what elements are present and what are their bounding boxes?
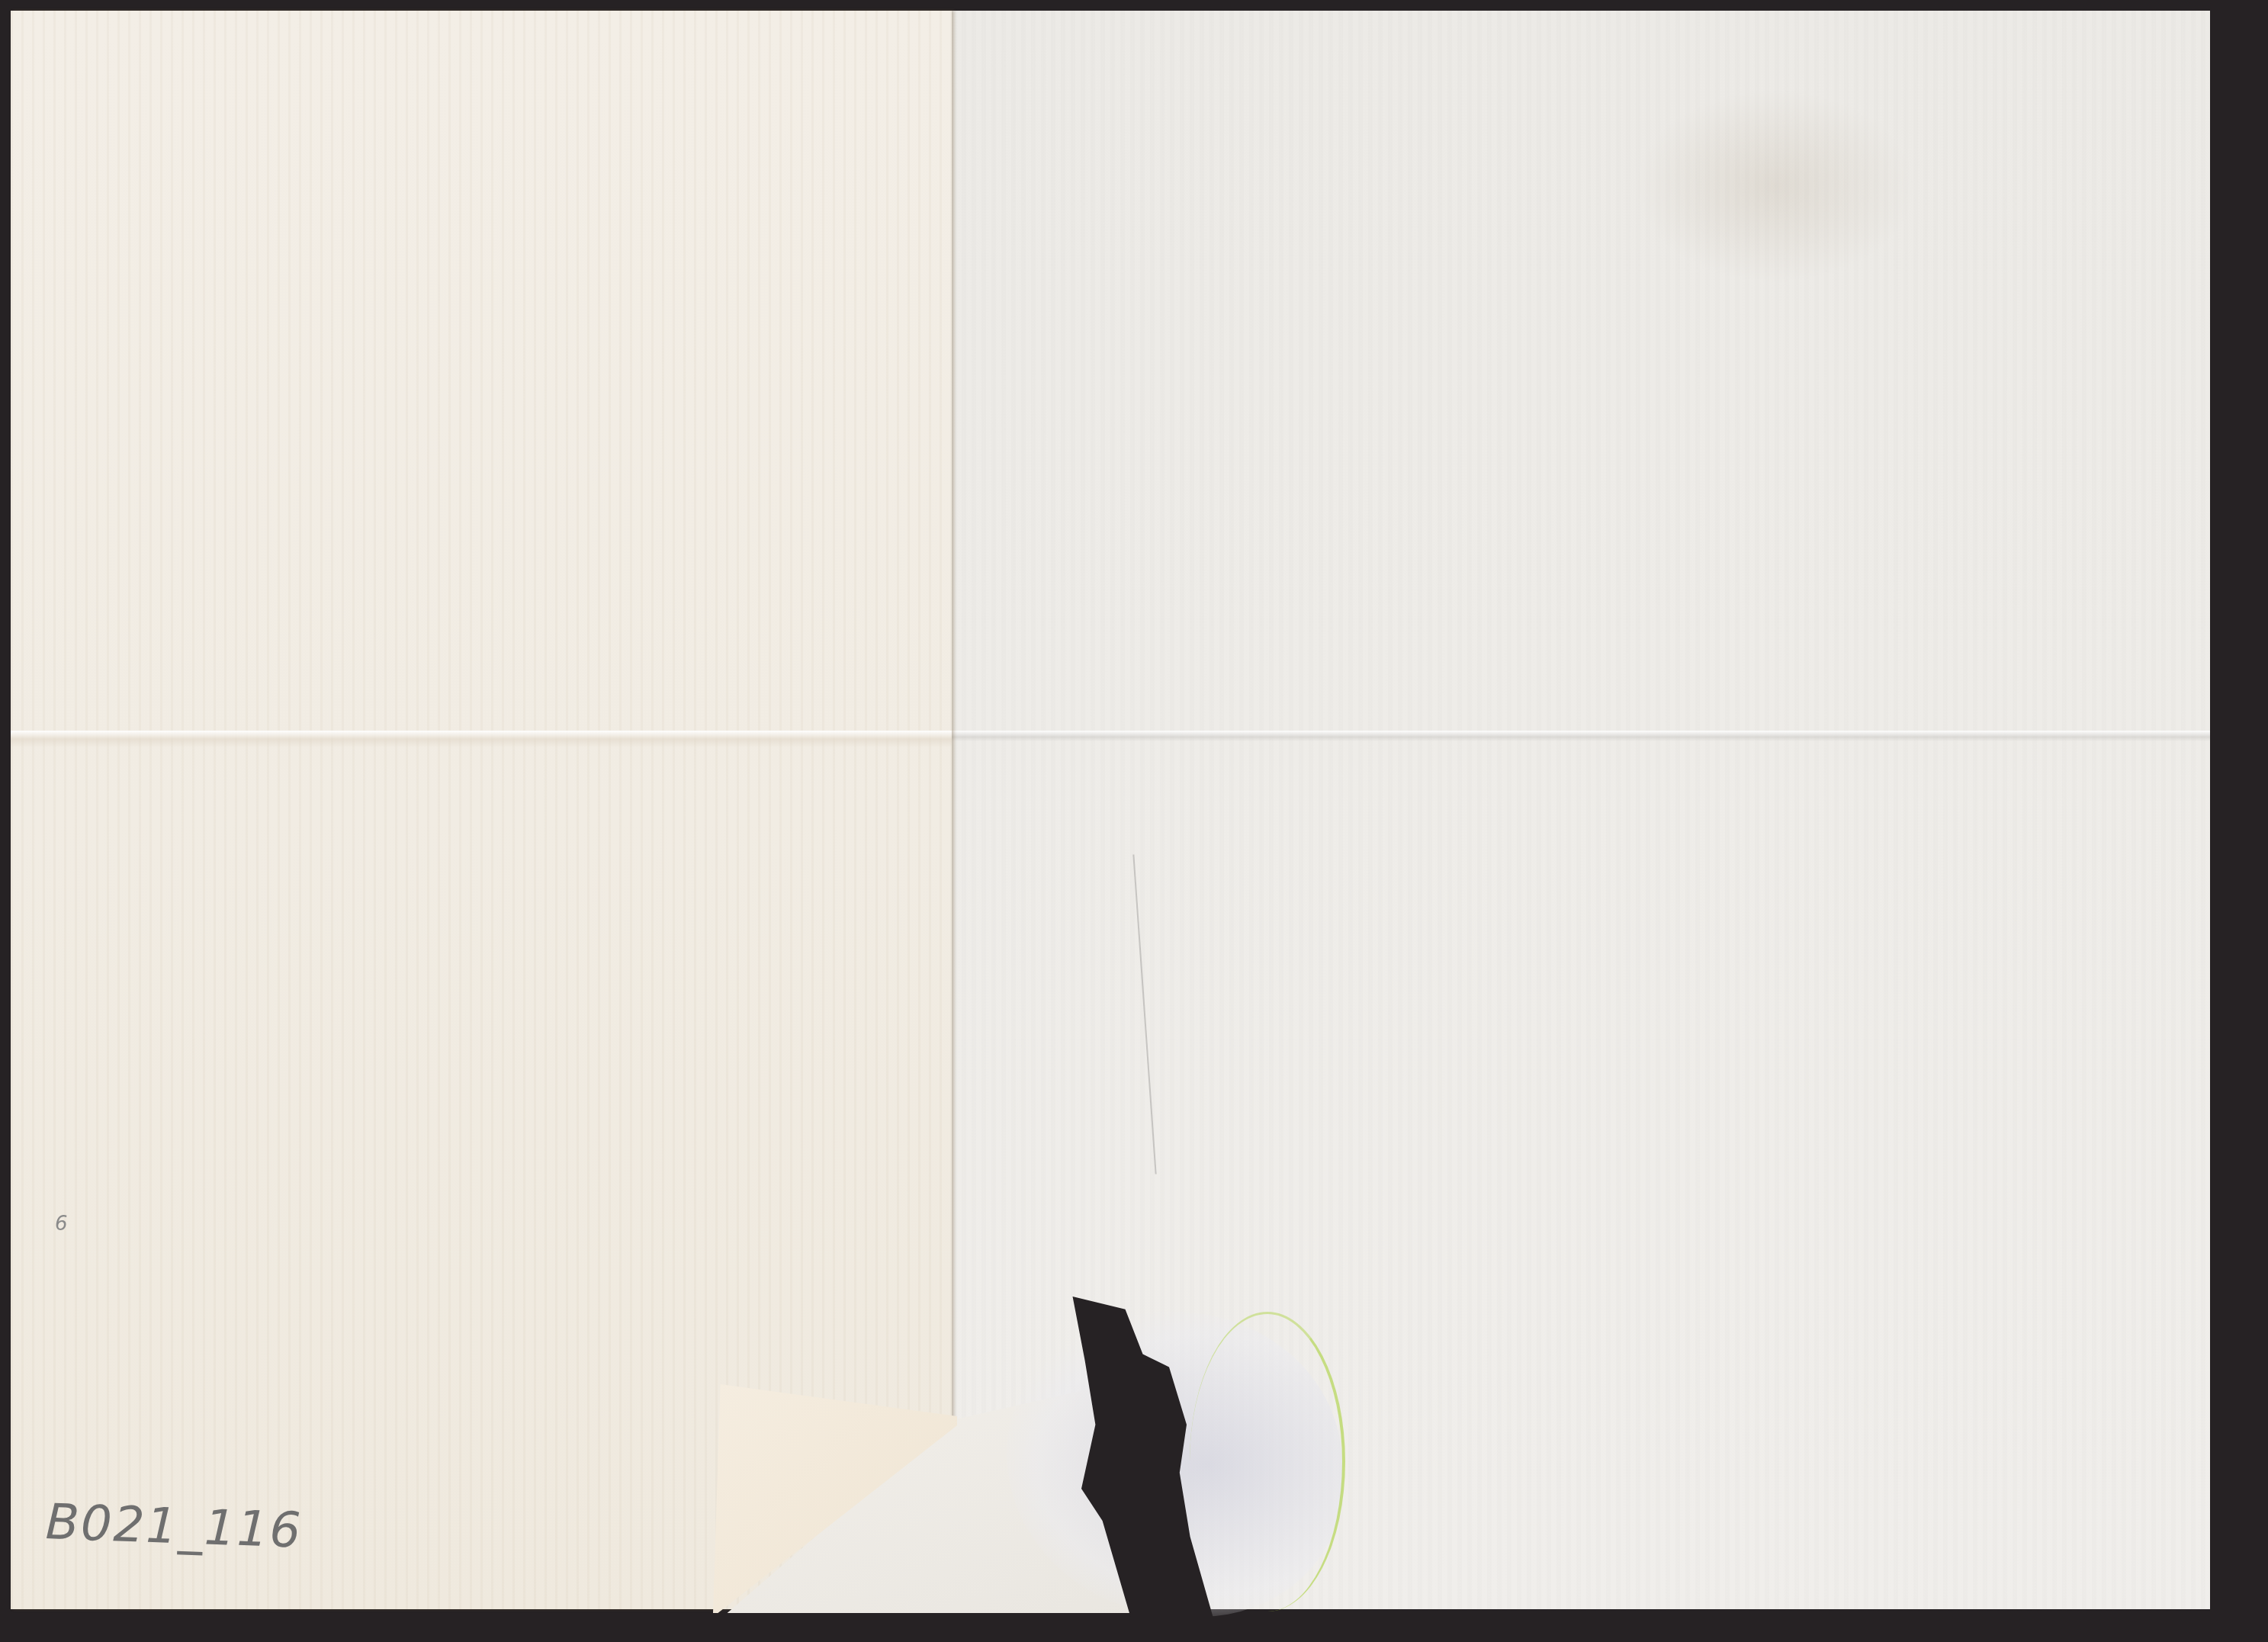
green-trace-mark <box>1190 1312 1345 1611</box>
letter-sheet-left-panel <box>11 11 952 1609</box>
horizontal-fold-crease <box>952 731 2210 741</box>
pencil-mark: 6 <box>55 1213 68 1236</box>
pencil-reference-note: B021_116 <box>45 1494 304 1560</box>
horizontal-fold-crease <box>11 731 952 747</box>
